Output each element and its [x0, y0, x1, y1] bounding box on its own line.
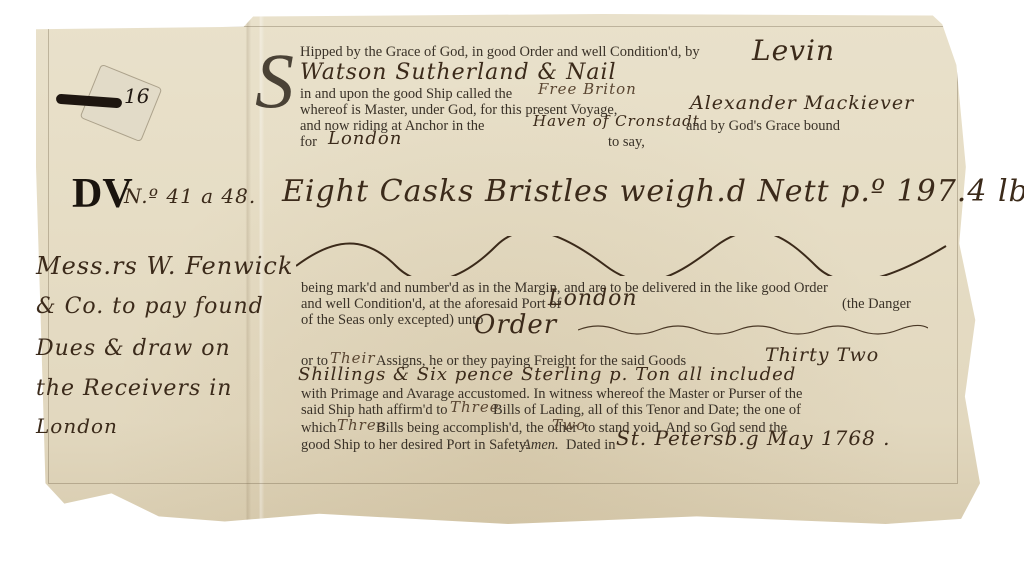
- body-line-9a: good Ship to her desired Port in Safety.: [301, 437, 529, 453]
- margin-note-line-1: Mess.rs W. Fenwick: [36, 252, 293, 280]
- void-count: Two: [552, 416, 586, 434]
- place-and-date: St. Petersb.g May 1768 .: [616, 426, 891, 450]
- header-line-3: in and upon the good Ship called the: [300, 86, 512, 102]
- body-line-9b: Dated in: [566, 437, 616, 453]
- body-line-8b: Bills being accomplish'd, the other: [376, 420, 577, 436]
- cask-numbers: N.º 41 a 48.: [124, 184, 256, 208]
- amen: Amen.: [522, 437, 559, 453]
- shipper-name-first: Levin: [752, 34, 835, 67]
- header-line-6b: to say,: [608, 134, 645, 150]
- body-line-6: with Primage and Avarage accustomed. In …: [301, 386, 802, 402]
- tilde-filler-line-icon: [578, 322, 928, 336]
- freight-amount-2: Shillings & Six pence Sterling p. Ton al…: [298, 364, 796, 385]
- wavy-filler-line-icon: [296, 236, 956, 276]
- margin-note-line-3: Dues & draw on: [36, 336, 231, 361]
- body-line-3a: of the Seas only excepted) unto: [301, 312, 483, 328]
- ship-name: Free Briton: [538, 80, 637, 98]
- destination: London: [328, 128, 402, 149]
- body-line-2b: (the Danger: [842, 296, 911, 312]
- body-line-8a: which: [301, 420, 336, 436]
- header-line-5b: and by God's Grace bound: [686, 118, 840, 134]
- body-line-7b: Bills of Lading, all of this Tenor and D…: [493, 402, 801, 418]
- master-name: Alexander Mackiever: [690, 92, 914, 114]
- margin-note-line-4: the Receivers in: [36, 376, 232, 401]
- ornamental-drop-cap-s-icon: S: [255, 48, 293, 114]
- port-of-loading: Haven of Cronstadt: [533, 112, 700, 130]
- seal-number: 16: [124, 84, 149, 108]
- header-line-6a: for: [300, 134, 317, 150]
- margin-note-line-5: London: [36, 414, 118, 438]
- cargo-description: Eight Casks Bristles weigh.d Nett p.º 19…: [282, 174, 1024, 209]
- consignee: Order: [474, 310, 557, 340]
- margin-note-line-2: & Co. to pay found: [36, 294, 264, 319]
- port-of-discharge: London: [548, 286, 638, 311]
- header-line-1: Hipped by the Grace of God, in good Orde…: [300, 44, 700, 60]
- freight-amount-1: Thirty Two: [765, 344, 879, 366]
